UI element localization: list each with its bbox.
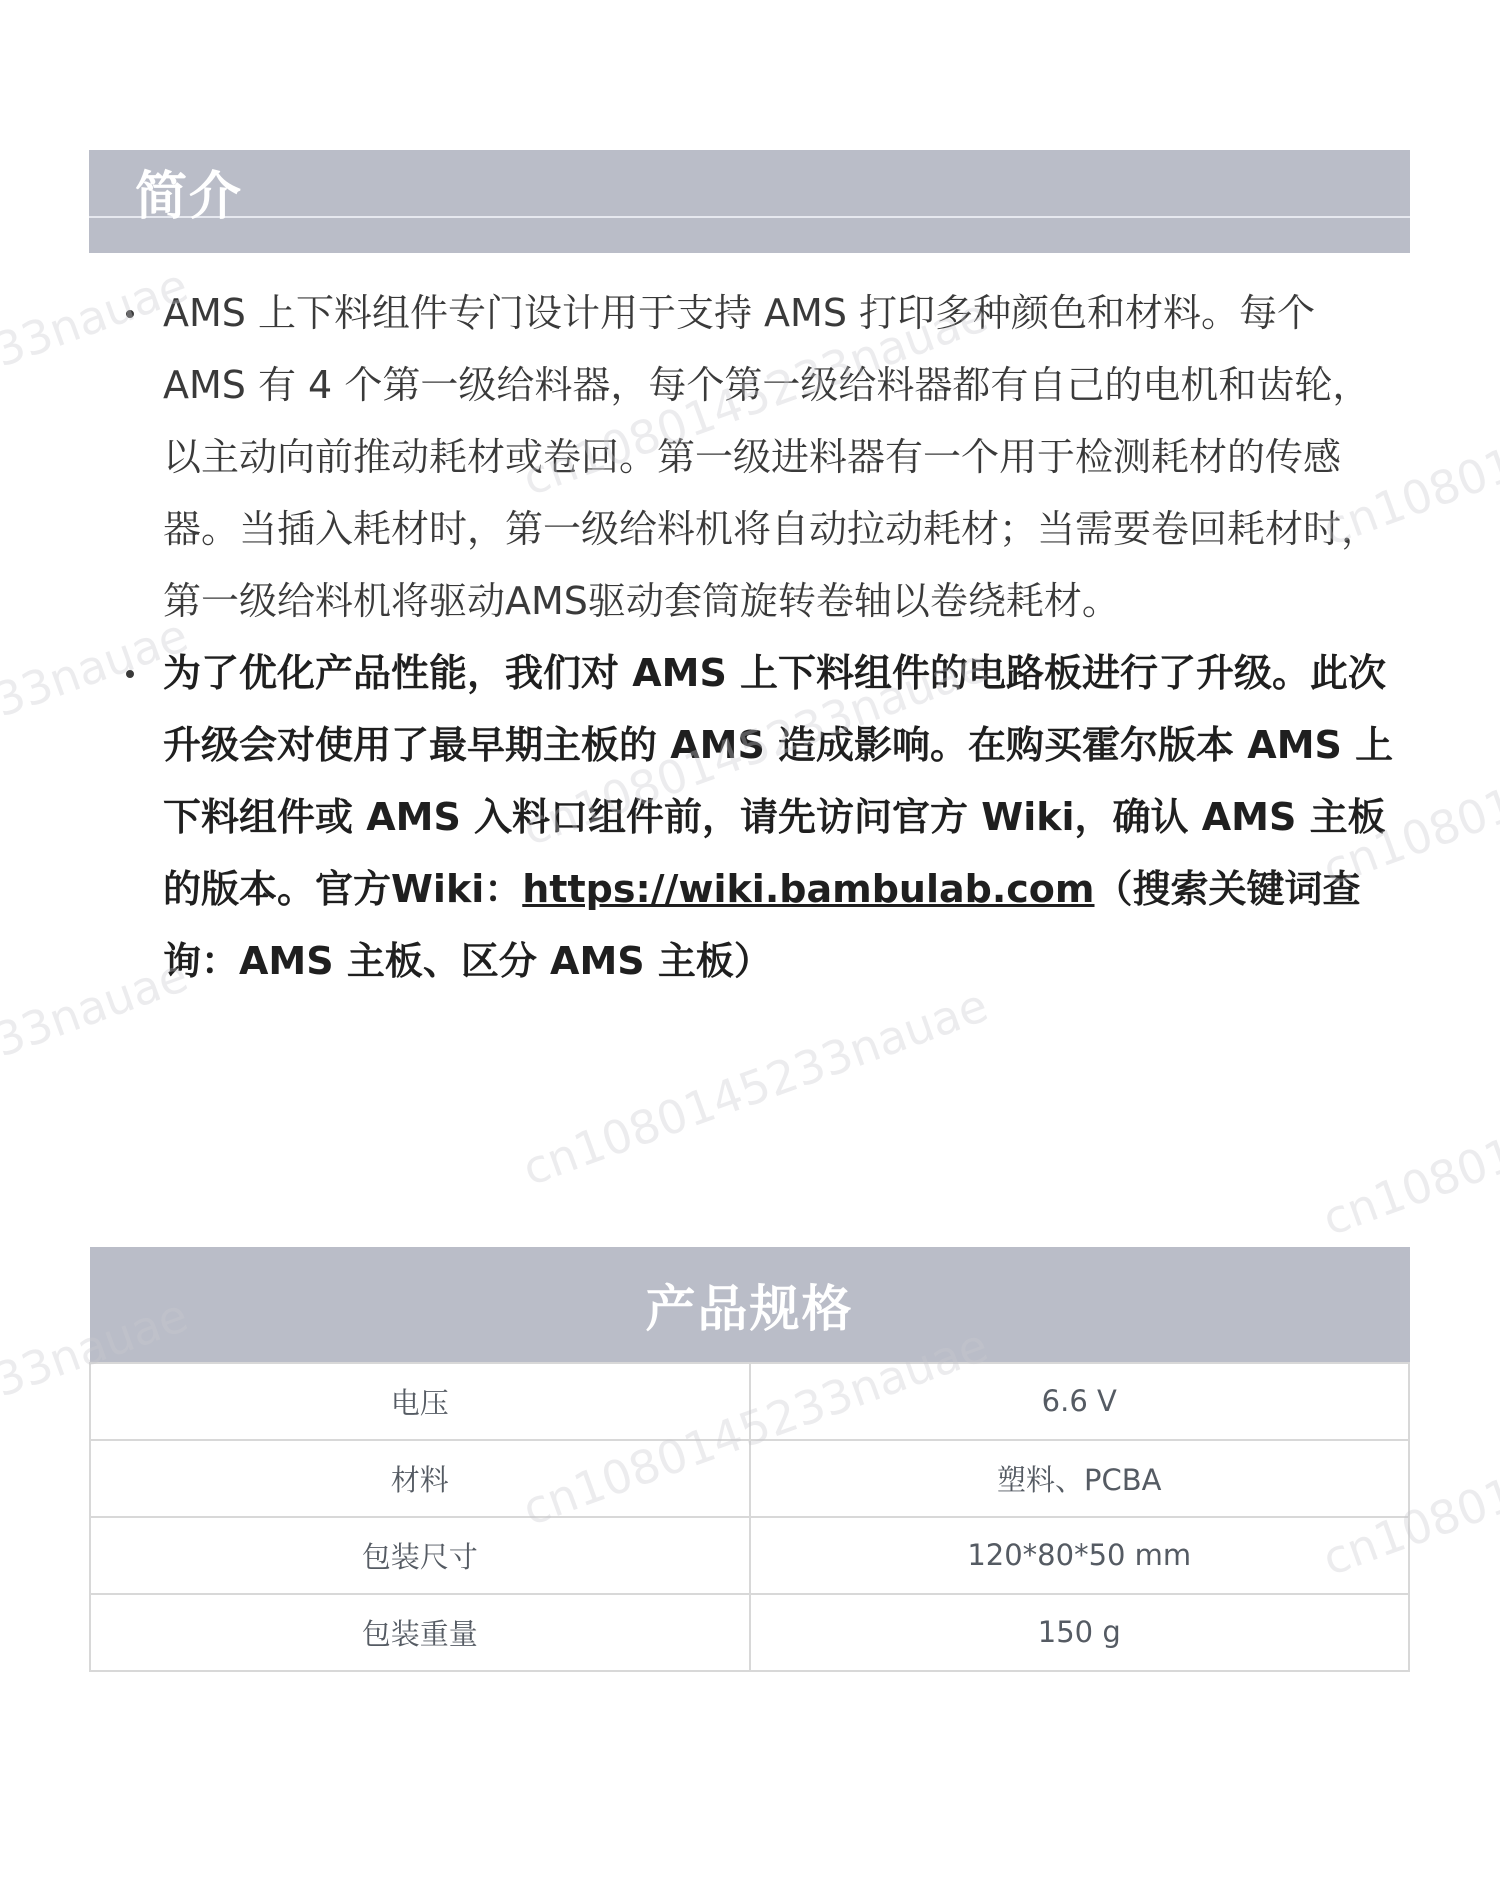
- table-row: 电压 6.6 V: [90, 1363, 1409, 1440]
- intro-list: AMS 上下料组件专门设计用于支持 AMS 打印多种颜色和材料。每个 AMS 有…: [120, 277, 1410, 997]
- spec-label: 材料: [90, 1440, 750, 1517]
- spec-value: 120*80*50 mm: [750, 1517, 1410, 1594]
- intro-item: AMS 上下料组件专门设计用于支持 AMS 打印多种颜色和材料。每个 AMS 有…: [120, 277, 1410, 637]
- spec-value: 150 g: [750, 1594, 1410, 1671]
- spec-table-title: 产品规格: [90, 1248, 1409, 1363]
- intro-title: 简介: [135, 164, 243, 230]
- table-row: 包装重量 150 g: [90, 1594, 1409, 1671]
- spec-value: 6.6 V: [750, 1363, 1410, 1440]
- header-divider: [89, 216, 1410, 218]
- spec-value: 塑料、PCBA: [750, 1440, 1410, 1517]
- intro-header: 简介: [89, 150, 1410, 253]
- table-row: 材料 塑料、PCBA: [90, 1440, 1409, 1517]
- spec-label: 包装尺寸: [90, 1517, 750, 1594]
- watermark: cn1080145233nauae: [1316, 1028, 1500, 1246]
- watermark: cn1080145233nauae: [516, 978, 995, 1196]
- spec-table: 产品规格 电压 6.6 V 材料 塑料、PCBA 包装尺寸 120*80*50 …: [89, 1247, 1410, 1672]
- intro-item-text: 为了优化产品性能，我们对 AMS 上下料组件的电路板进行了升级。此次升级会对使用…: [163, 637, 1395, 997]
- spec-label: 包装重量: [90, 1594, 750, 1671]
- intro-item-notice: 为了优化产品性能，我们对 AMS 上下料组件的电路板进行了升级。此次升级会对使用…: [120, 637, 1410, 997]
- intro-item-text: AMS 上下料组件专门设计用于支持 AMS 打印多种颜色和材料。每个 AMS 有…: [163, 277, 1395, 637]
- bullet-icon: [126, 310, 134, 318]
- table-row: 包装尺寸 120*80*50 mm: [90, 1517, 1409, 1594]
- spec-label: 电压: [90, 1363, 750, 1440]
- wiki-link[interactable]: https://wiki.bambulab.com: [522, 867, 1094, 911]
- bullet-icon: [126, 670, 134, 678]
